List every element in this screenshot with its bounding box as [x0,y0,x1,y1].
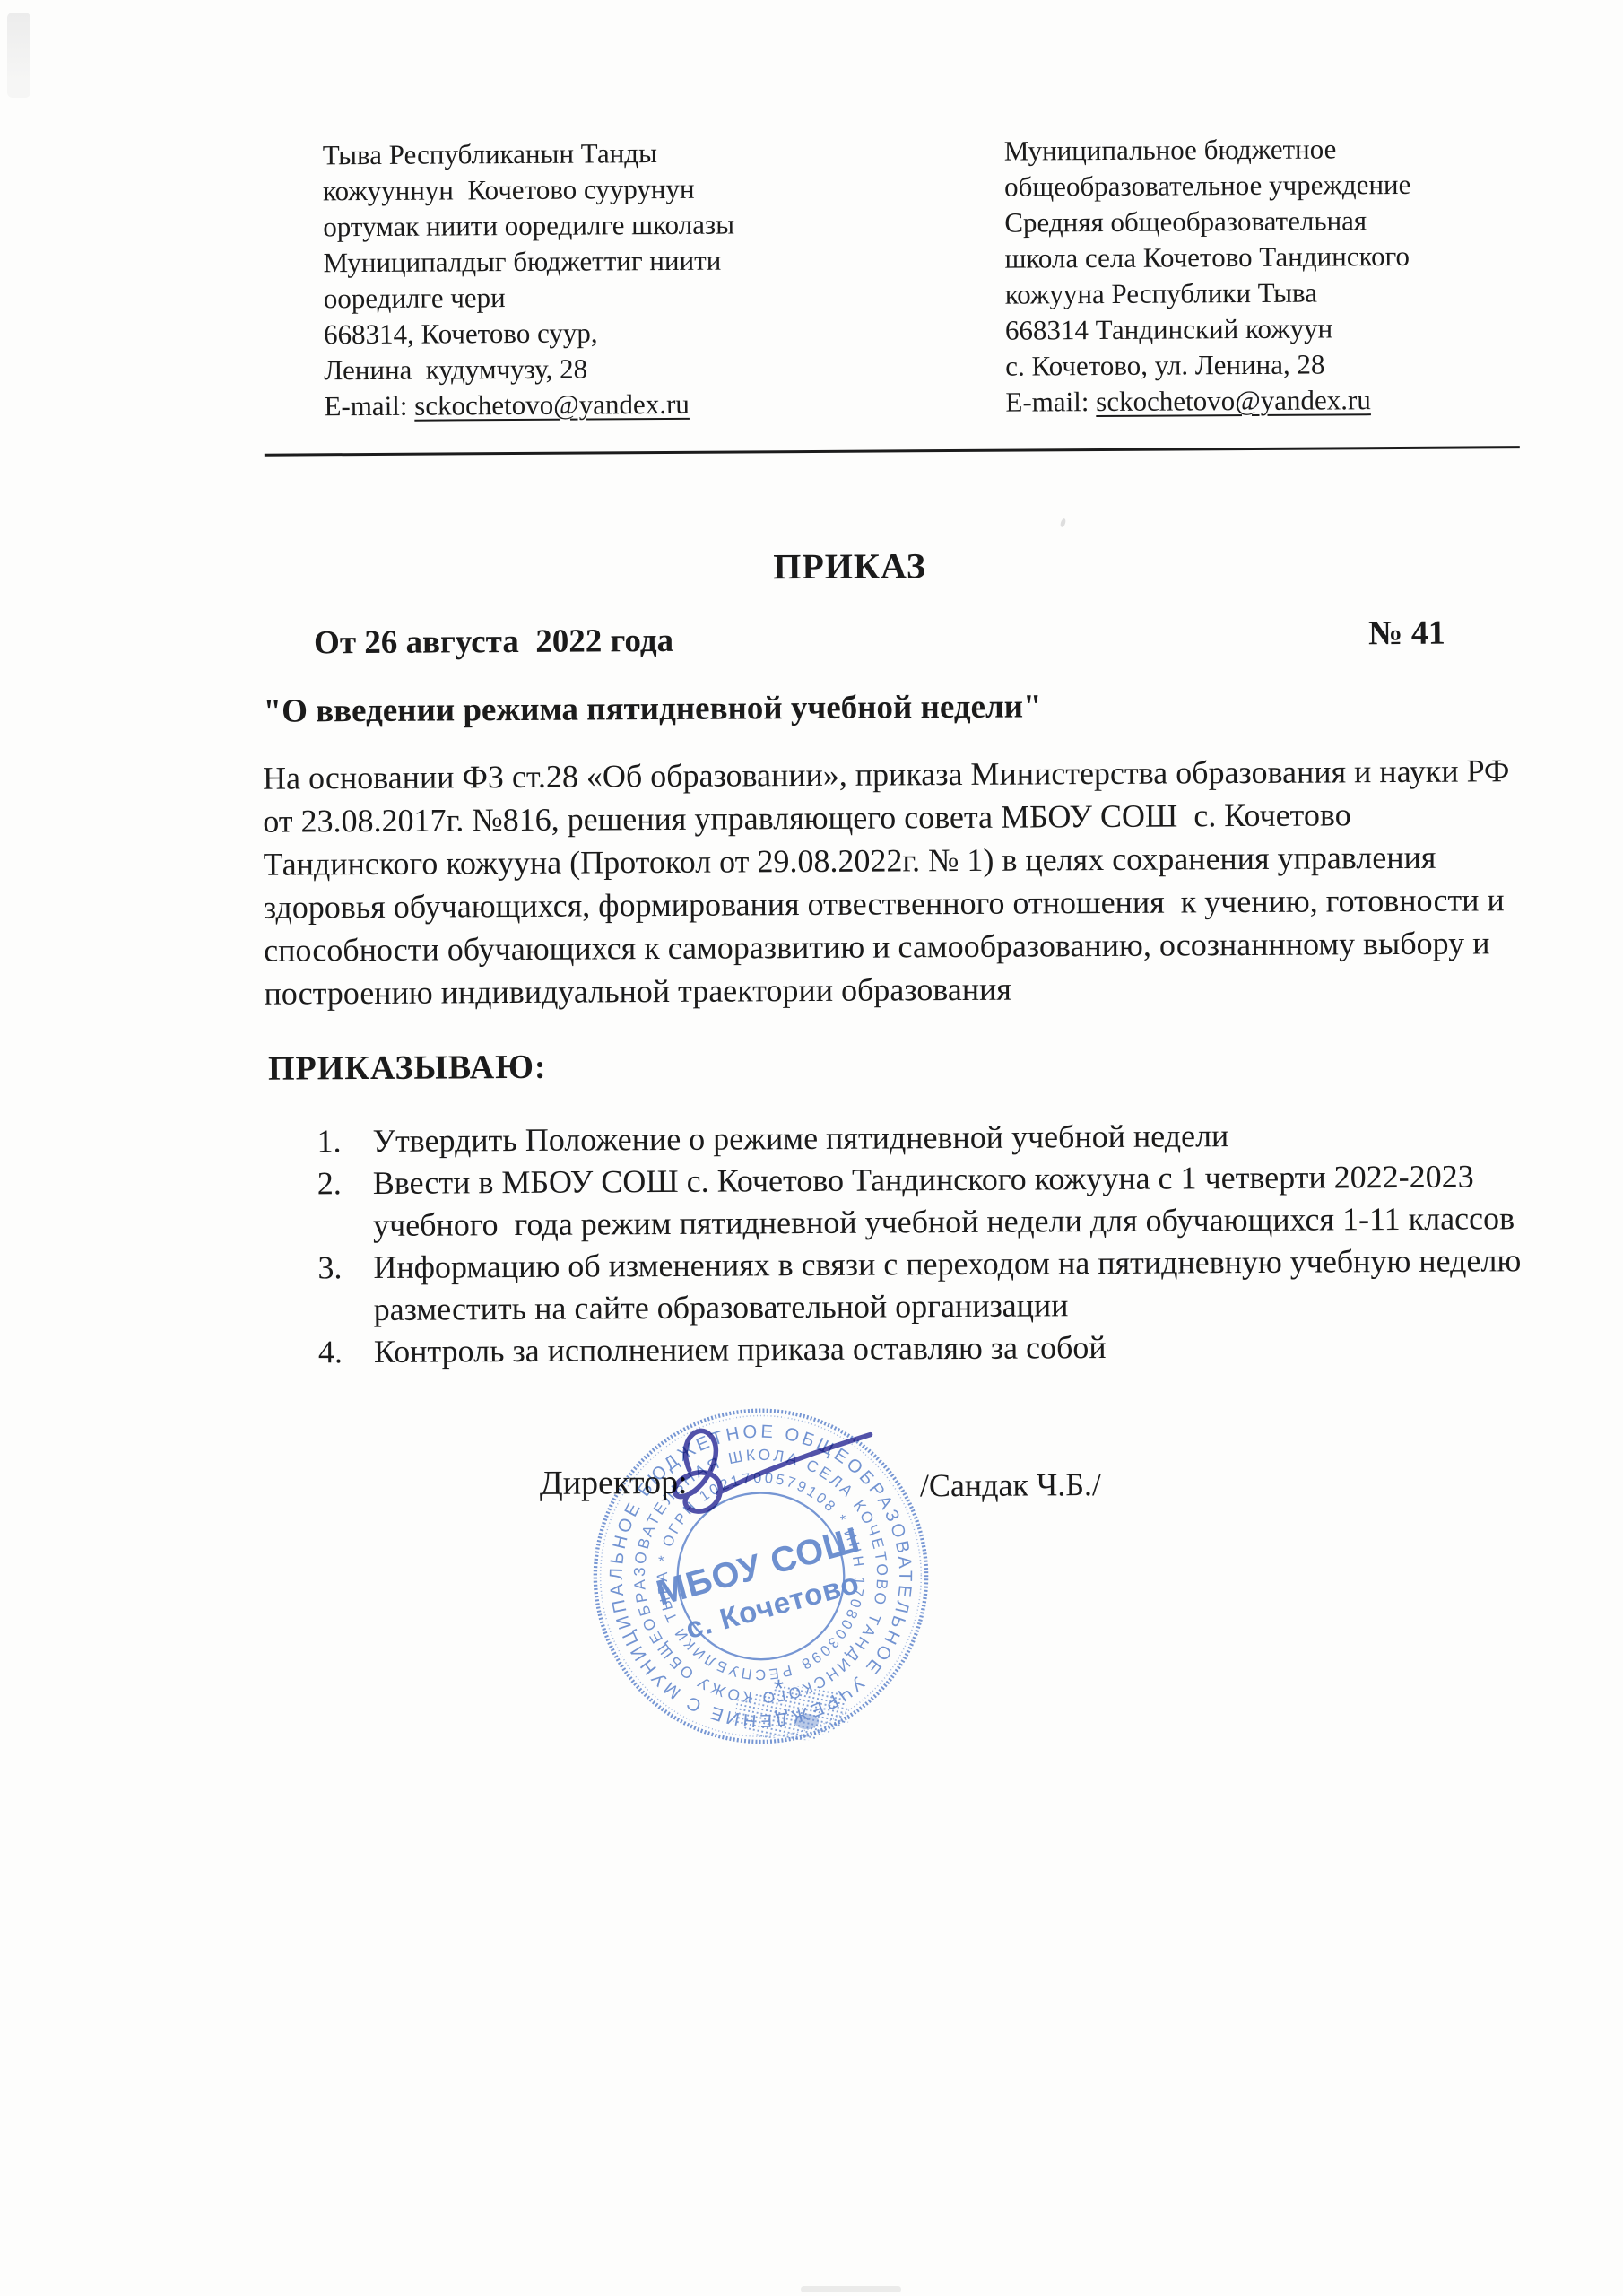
director-name: /Сандак Ч.Б./ [920,1465,1101,1504]
divider-line [265,446,1520,457]
item-line: Контроль за исполнением приказа оставляю… [374,1326,1107,1373]
order-number: № 41 [1368,613,1445,654]
order-preamble: На основании ФЗ ст.28 «Об образовании», … [263,749,1574,1015]
decree-word: ПРИКАЗЫВАЮ: [268,1048,547,1089]
letterhead-line: Муниципалдыг бюджеттиг ниити [323,242,798,281]
signature-flourish [718,1435,871,1493]
letterhead-line: кожууна Республики Тыва [1005,274,1507,312]
letterhead-line: общеобразовательное учреждение [1004,166,1506,204]
email-label: E-mail: [1005,386,1096,418]
signature-loop [674,1431,721,1511]
letterhead-line: ооредилге чери [324,278,799,317]
letterhead-line: Тыва Республиканын Танды [323,135,798,173]
order-items: 1. Утвердить Положение о режиме пятиднев… [317,1113,1522,1373]
item-line: Ввести в МБОУ СОШ с. Кочетово Тандинског… [373,1155,1515,1205]
item-line: Информацию об изменениях в связи с перех… [373,1239,1521,1289]
letterhead-line: 668314 Тандинский кожуун [1005,309,1507,348]
item-line: учебного года режим пятидневной учебной … [373,1197,1515,1247]
letterhead-russian: Муниципальное бюджетное общеобразователь… [1004,130,1508,420]
scanned-order-document: Тыва Республиканын Танды кожууннун Кочет… [0,0,1623,2296]
letterhead-line: Муниципальное бюджетное [1004,130,1506,169]
letterhead-email-line: E-mail: sckochetovo@yandex.ru [1005,381,1507,420]
item-number: 3. [317,1247,374,1331]
letterhead-tuvan: Тыва Республиканын Танды кожууннун Кочет… [323,135,800,424]
document-title: ПРИКАЗ [213,541,1486,591]
director-signature-scribble [635,1405,905,1542]
item-number: 1. [317,1120,372,1162]
item-line: разместить на сайте образовательной орга… [374,1282,1522,1331]
item-number: 2. [317,1162,374,1247]
email-label: E-mail: [324,390,414,422]
letterhead-line: 668314, Кочетово суур, [324,314,799,352]
item-line: Утвердить Положение о режиме пятидневной… [372,1115,1228,1162]
letterhead-line: школа села Кочетово Тандинского [1004,238,1506,276]
letterhead-email-line: E-mail: sckochetovo@yandex.ru [324,386,799,424]
preamble-line: построению индивидуальной траектории обр… [264,964,1573,1015]
letterhead-line: Ленина кудумчузу, 28 [324,350,799,388]
list-item: 2. Ввести в МБОУ СОШ с. Кочетово Тандинс… [317,1155,1521,1247]
order-date: От 26 августа 2022 года [314,622,673,662]
document-content: Тыва Республиканын Танды кожууннун Кочет… [0,0,1623,2296]
scan-artifact-corner-streak [7,13,30,98]
stamp-ink-blob [794,1714,819,1730]
order-subject: "О введении режима пятидневной учебной н… [263,687,1041,730]
list-item: 1. Утвердить Положение о режиме пятиднев… [317,1113,1520,1162]
letterhead-line: Средняя общеобразовательная [1004,202,1506,240]
letterhead-line: с. Кочетово, ул. Ленина, 28 [1005,345,1507,384]
preamble-line: На основании ФЗ ст.28 «Об образовании», … [263,749,1572,800]
item-number: 4. [318,1331,374,1373]
letterhead-line: кожууннун Кочетово суурунун [323,170,798,209]
scan-artifact-bottom-smudge [801,2286,901,2292]
list-item: 3. Информацию об изменениях в связи с пе… [317,1239,1521,1331]
letterhead-line: ортумак ниити ооредилге школазы [323,206,798,245]
preamble-line: способности обучающихся к саморазвитию и… [264,921,1573,972]
email-address: sckochetovo@yandex.ru [414,388,690,422]
email-address: sckochetovo@yandex.ru [1096,384,1371,417]
list-item: 4. Контроль за исполнением приказа остав… [318,1324,1522,1373]
